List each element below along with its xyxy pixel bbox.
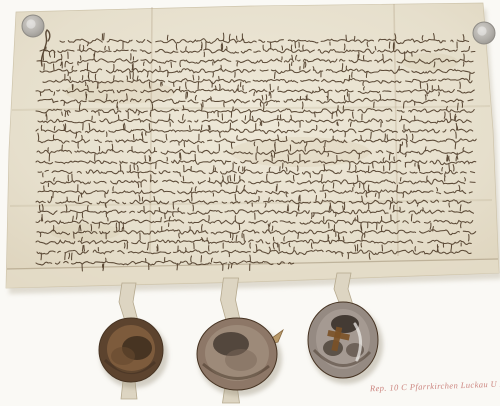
charter-scene — [0, 0, 500, 406]
pin-top-left-highlight — [26, 19, 35, 28]
seal-tag-1 — [119, 283, 138, 321]
pin-top-left — [22, 15, 44, 37]
pin-top-right-highlight — [477, 26, 486, 35]
wax-seal-1 — [99, 318, 168, 388]
wax-seal-1-impression-2 — [111, 347, 135, 365]
wax-seal-2 — [197, 318, 283, 396]
wax-seal-2-impression-2 — [225, 349, 257, 371]
seal-tag-2 — [221, 278, 241, 322]
seal-tag-3 — [334, 273, 353, 305]
charter-photograph: Rep. 10 C Pfarrkirchen Luckau U 22 A — [0, 0, 500, 406]
wax-seal-3 — [308, 302, 383, 384]
pin-top-right — [473, 22, 495, 44]
seal-layer — [99, 302, 383, 396]
